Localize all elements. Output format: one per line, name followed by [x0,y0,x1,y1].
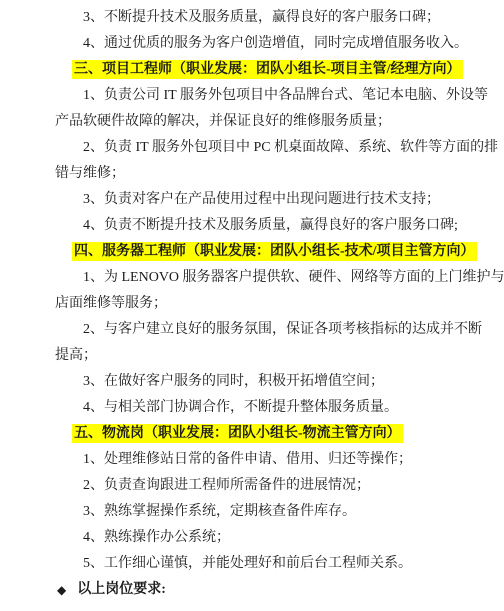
list-item: 2、负责查询跟进工程师所需备件的进展情况； [55,473,454,499]
highlighted-text: 三、项目工程师（职业发展：团队小组长-项目主管/经理方向） [72,60,463,79]
list-item: 1、为 LENOVO 服务器客户提供软、硬件、网络等方面的上门维护与 [55,265,454,291]
highlighted-text: 五、物流岗（职业发展：团队小组长-物流主管方向） [72,424,403,443]
list-item-continuation: 店面维修等服务； [55,291,454,317]
list-item-continuation: 产品软硬件故障的解决，并保证良好的维修服务质量； [55,109,454,135]
list-item: 4、通过优质的服务为客户创造增值，同时完成增值服务收入。 [55,31,454,57]
list-item: 1、负责公司 IT 服务外包项目中各品牌台式、笔记本电脑、外设等 [55,83,454,109]
section-heading-logistics: 五、物流岗（职业发展：团队小组长-物流主管方向） [55,421,454,447]
document-page: 3、不断提升技术及服务质量，赢得良好的客户服务口碑； 4、通过优质的服务为客户创… [0,0,504,611]
diamond-bullet-icon: ◆ [57,577,66,603]
list-item: 3、熟练掌握操作系统，定期核查备件库存。 [55,499,454,525]
list-item-continuation: 错与维修； [55,161,454,187]
list-item: 3、不断提升技术及服务质量，赢得良好的客户服务口碑； [55,5,454,31]
list-item: 3、负责对客户在产品使用过程中出现问题进行技术支持； [55,187,454,213]
document-body: 3、不断提升技术及服务质量，赢得良好的客户服务口碑； 4、通过优质的服务为客户创… [55,5,454,603]
highlighted-text: 四、服务器工程师（职业发展：团队小组长-技术/项目主管方向） [72,242,477,261]
list-item-continuation: 提高； [55,343,454,369]
section-heading-project-engineer: 三、项目工程师（职业发展：团队小组长-项目主管/经理方向） [55,57,454,83]
list-item: 4、负责不断提升技术及服务质量，赢得良好的客户服务口碑; [55,213,454,239]
list-item: 5、工作细心谨慎，并能处理好和前后台工程师关系。 [55,551,454,577]
list-item: 2、负责 IT 服务外包项目中 PC 机桌面故障、系统、软件等方面的排 [55,135,454,161]
list-item: 4、熟练操作办公系统； [55,525,454,551]
requirements-heading-text: 以上岗位要求: [77,577,166,603]
requirements-heading: ◆ 以上岗位要求: [55,577,454,603]
list-item: 3、在做好客户服务的同时，积极开拓增值空间； [55,369,454,395]
list-item: 1、处理维修站日常的备件申请、借用、归还等操作； [55,447,454,473]
list-item: 4、与相关部门协调合作，不断提升整体服务质量。 [55,395,454,421]
section-heading-server-engineer: 四、服务器工程师（职业发展：团队小组长-技术/项目主管方向） [55,239,454,265]
list-item: 2、与客户建立良好的服务氛围，保证各项考核指标的达成并不断 [55,317,454,343]
